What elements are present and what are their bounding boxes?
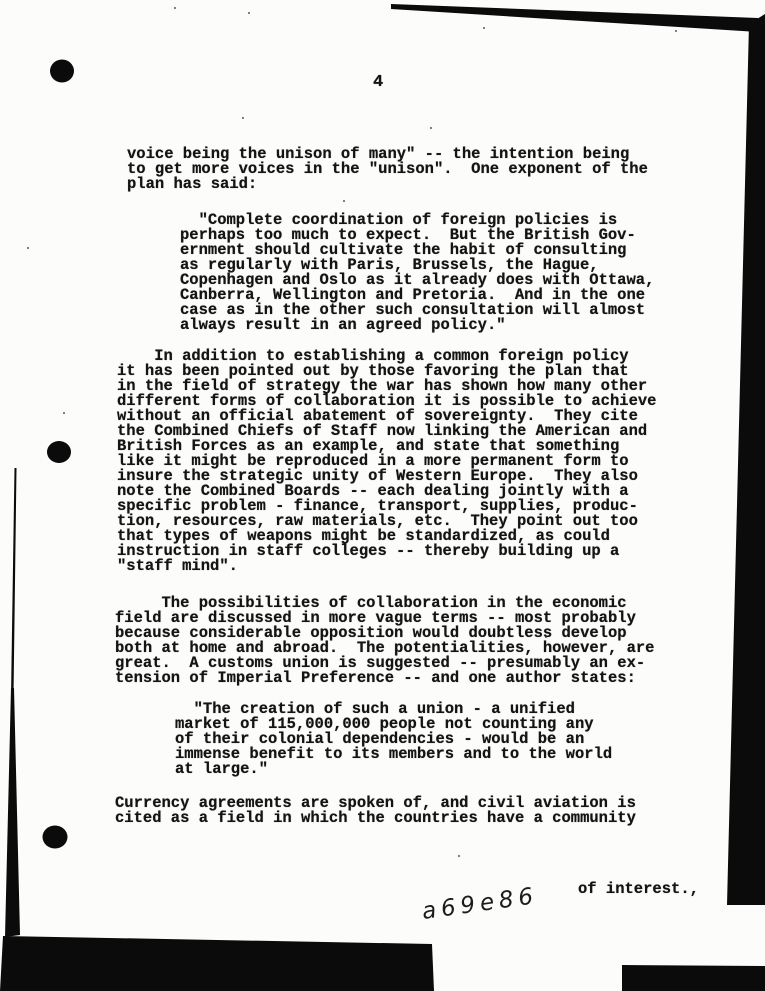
top-diagonal-scan-line bbox=[391, 4, 758, 32]
scan-noise-speck bbox=[27, 247, 29, 249]
scan-noise-speck bbox=[248, 12, 250, 14]
scan-noise-speck bbox=[483, 27, 485, 29]
scan-noise-speck bbox=[63, 412, 65, 414]
punch-hole-middle bbox=[47, 441, 71, 463]
page-number: 4 bbox=[373, 73, 383, 92]
scan-noise-speck bbox=[242, 117, 244, 119]
blockquote-customs-union: "The creation of such a union - a unifie… bbox=[175, 702, 612, 777]
scanned-document-page: 4 voice being the unison of many" -- the… bbox=[0, 0, 765, 991]
right-edge-scan-bar bbox=[727, 14, 765, 905]
scan-noise-speck bbox=[458, 855, 460, 857]
paragraph-economic-field: The possibilities of collaboration in th… bbox=[115, 596, 655, 686]
punch-hole-bottom bbox=[43, 826, 68, 849]
left-edge-scan-wedge bbox=[5, 688, 20, 937]
bottom-left-scan-bar bbox=[0, 936, 434, 991]
blockquote-british-government: "Complete coordination of foreign polici… bbox=[180, 213, 654, 333]
paragraph-currency-aviation: Currency agreements are spoken of, and c… bbox=[115, 796, 636, 826]
paragraph-collaboration-strategy: In addition to establishing a common for… bbox=[117, 349, 657, 574]
left-edge-scan-hairline bbox=[11, 468, 17, 696]
scan-noise-speck bbox=[675, 30, 677, 32]
punch-hole-top bbox=[50, 60, 74, 83]
scan-noise-speck bbox=[545, 636, 547, 638]
scan-noise-speck bbox=[620, 460, 622, 462]
handwritten-annotation: a69e86 bbox=[420, 883, 539, 925]
scan-noise-speck bbox=[174, 7, 176, 9]
scan-noise-speck bbox=[430, 127, 432, 129]
scan-noise-speck bbox=[343, 200, 345, 202]
bottom-right-scan-bar bbox=[622, 965, 765, 991]
paragraph-unison: voice being the unison of many" -- the i… bbox=[127, 147, 648, 192]
carryover-text: of interest., bbox=[578, 880, 699, 898]
